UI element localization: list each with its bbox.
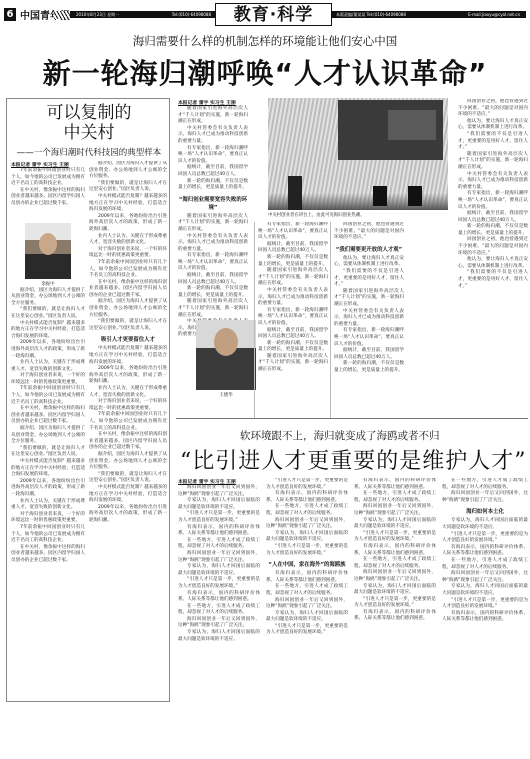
sidebar-title-line2: 中关村	[7, 123, 171, 143]
portrait-photo-2	[196, 320, 256, 390]
sidebar-col-2: 据介绍，园区为海归人才提供了从创业资金、办公场地到人才公寓的全方位服务。 “我们…	[89, 161, 167, 699]
chair-shape	[373, 186, 387, 206]
paragraph: 中关村管委会有关负责人表示，海归人才已成为推动科技创新的重要力量。	[178, 126, 248, 146]
paragraph: “引进人才只是第一步，更重要的是为人才创造良好的发展环境。”	[354, 597, 436, 610]
paragraph: 随着国家引进海外高层次人才“千人计划”的实施，新一轮海归潮正在形成。	[178, 299, 248, 319]
paragraph: “我们要做的，就是让海归人才在这里安心创业。”园区负责人说。	[11, 446, 85, 459]
paragraph: 在中关村，像余振中这样的海归创业者越来越多。园区内留学归国人员创办的企业已超过数…	[11, 545, 85, 565]
paragraph: 在中关村，像余振中这样的海归创业者越来越多。园区内留学归国人员创办的企业已超过数…	[89, 432, 167, 452]
lead-col-2: 有专家指出，新一轮海归潮呼唤一场“人才认识革命”，要真正认识人才的价值。 据统计…	[258, 222, 328, 418]
paragraph: 回国创业之初，他也曾遇到过不少困难。“最大的问题是对国内环境的不适应。”	[458, 99, 528, 119]
paragraph: 7年前余振中回国创业时只有几个人，如今他的公司已发展成为拥有近千名员工的高科技企…	[89, 412, 167, 432]
paragraph: 随着国家引进海外高层次人才“千人计划”的实施，新一轮海归潮正在形成。	[334, 289, 404, 309]
paragraph: 在一些地方，引进人才成了政绩工程，却忽视了对人才的后续服务。	[354, 491, 436, 504]
editor-line: Tel:(010)-64098088	[172, 11, 211, 18]
date: 2010年8月23日 星期一	[76, 12, 119, 17]
paragraph: 据介绍，园区为海归人才提供了从创业资金、办公场地到人才公寓的全方位服务。	[89, 161, 167, 181]
masthead: 6 中国青年报 2010年8月23日 星期一 Tel:(010)-6409808…	[0, 0, 530, 30]
lead-byline: 本报记者 雷宇 实习生 王丽	[178, 99, 248, 106]
paragraph: 中关村模式能否复制？越来越多的地方正在学习中关村经验，打造适合海归发展的环境。	[89, 194, 167, 214]
paragraph: 业内人士认为，关键在于形成尊重人才、宽容失败的创新文化。	[89, 386, 167, 399]
paragraph: 专家认为，海归人才回国后面临的最大问题是软环境的不适应。	[442, 584, 528, 597]
portrait-2-caption: 王德华	[196, 392, 256, 398]
paragraph: 据统计，截至目前，我国留学回国人员总数已超过40万人。	[178, 273, 248, 286]
lead-col-4: 回国创业之初，他也曾遇到过不少困难。“最大的问题是对国内环境的不适应。” 他认为…	[458, 99, 528, 409]
paragraph: 有海归表示，国内的科研评价体系、人际关系等都让他们感到困惑。	[178, 525, 260, 538]
paragraph: “引进人才只是第一步，更重要的是为人才创造良好的发展环境。”	[178, 511, 260, 524]
paragraph: 对于海归创业者来说，一个好的环境远比一时的优惠政策更重要。	[11, 512, 85, 525]
paragraph: 有海归表示，国内的科研评价体系、人际关系等都让他们感到困惑。	[442, 611, 528, 624]
second-col-1: 本报记者 雷宇 实习生 王丽 海归回国创业一年后又回到国外，这种“海鸥”现象引起…	[178, 478, 260, 756]
paragraph: 海归回国创业一年后又回到国外，这种“海鸥”现象引起了广泛关注。	[266, 598, 348, 611]
paragraph: 据介绍，园区为海归人才提供了从创业资金、办公场地到人才公寓的全方位服务。	[11, 288, 85, 308]
paragraph: 2009年以来，各地纷纷出台引进海外高层次人才的政策，形成了新一轮海归潮。	[89, 505, 167, 525]
contact: 本版责编/董某某 Tel:(010)-64098088	[336, 12, 406, 17]
paragraph: 7年前余振中回国创业时只有几个人，如今他的公司已发展成为拥有近千名员工的高科技企…	[11, 386, 85, 406]
paragraph: 中关村模式能否复制？越来越多的地方正在学习中关村经验，打造适合海归发展的环境。	[11, 321, 85, 341]
paragraph: 有专家指出，新一轮海归潮呼唤一场“人才认识革命”，要真正认识人才的价值。	[334, 328, 404, 348]
paragraph: 海归回国创业一年后又回到国外，这种“海鸥”现象引起了广泛关注。	[178, 617, 260, 630]
paragraph: 对于海归创业者来说，一个好的环境远比一时的优惠政策更重要。	[89, 399, 167, 412]
lead-photo	[268, 98, 448, 210]
date-bar: 2010年8月23日 星期一 Tel:(010)-64098088	[70, 11, 215, 18]
sidebar-subtitle: ——一个海归潮时代科技园的典型样本	[9, 146, 169, 158]
paragraph: 专家认为，海归人才回国后面临的最大问题是软环境的不适应。	[266, 531, 348, 544]
paragraph: “我们需要的不仅是引进人才，更重要的是用好人才、留住人才。”	[334, 269, 404, 289]
paragraph: 中关村模式能否复制？越来越多的地方正在学习中关村经验，打造适合海归发展的环境。	[89, 346, 167, 366]
paragraph: 2009年以来，各地纷纷出台引进海外高层次人才的政策，形成了新一轮海归潮。	[89, 366, 167, 386]
screen-content	[388, 110, 436, 140]
section-divider	[176, 418, 528, 419]
paragraph: 在中关村，像余振中这样的海归创业者越来越多。园区内留学归国人员创办的企业已超过数…	[89, 280, 167, 300]
paragraph: 业内人士认为，关键在于形成尊重人才、宽容失败的创新文化。	[11, 499, 85, 512]
paragraph: “我们要做的，就是让海归人才在这里安心创业。”园区负责人说。	[89, 472, 167, 485]
paragraph: 他认为，要让海归人才真正安心，需要从体制机制上进行改革。	[458, 257, 528, 270]
paragraph: 新一轮的海归潮，不仅仅是数量上的增长，更是质量上的提升。	[458, 224, 528, 237]
paragraph: 专家认为，海归人才回国后面临的最大问题是软环境的不适应。	[442, 518, 528, 531]
paragraph: 有海归表示，国内的科研评价体系、人际关系等都让他们感到困惑。	[354, 610, 436, 623]
second-headline: “比引进人才更重要的是维护人才”	[180, 444, 527, 475]
paragraph: 海归回国创业一年后又回到国外，这种“海鸥”现象引起了广泛关注。	[266, 518, 348, 531]
paragraph: 有专家指出，新一轮海归潮呼唤一场“人才认识革命”，要真正认识人才的价值。	[178, 146, 248, 166]
subhead: 吸引人才更要留住人才	[89, 335, 167, 343]
paragraph: 在一些地方，引进人才成了政绩工程，却忽视了对人才的后续服务。	[442, 558, 528, 571]
paragraph: 有专家指出，新一轮海归潮呼唤一场“人才认识革命”，要真正认识人才的价值。	[458, 191, 528, 211]
paragraph: 对于海归创业者来说，一个好的环境远比一时的优惠政策更重要。	[11, 373, 85, 386]
paragraph: 业内人士认为，关键在于形成尊重人才、宽容失败的创新文化。	[89, 234, 167, 247]
second-col-4: 在一些地方，引进人才成了政绩工程，却忽视了对人才的后续服务。 海归回国创业一年后…	[442, 478, 528, 756]
section-title: 教育·科学	[215, 3, 332, 26]
paragraph: 有海归表示，国内的科研评价体系、人际关系等都让他们感到困惑。	[266, 571, 348, 584]
paragraph: 有海归表示，国内的科研评价体系、人际关系等都让他们感到困惑。	[178, 591, 260, 604]
paragraph: 海归回国创业一年后又回到国外，这种“海鸥”现象引起了广泛关注。	[442, 571, 528, 584]
paragraph: “引进人才只是第一步，更重要的是为人才创造良好的发展环境。”	[266, 478, 348, 491]
lead-photo-caption: 中关村创业者在讲台上，由此可见海归创业热潮。	[268, 212, 448, 218]
paragraph: “引进人才只是第一步，更重要的是为人才创造良好的发展环境。”	[442, 598, 528, 611]
paragraph: “引进人才只是第一步，更重要的是为人才创造良好的发展环境。”	[354, 531, 436, 544]
paragraph: 海归回国创业一年后又回到国外，这种“海鸥”现象引起了广泛关注。	[442, 491, 528, 504]
paragraph: 在中关村，像余振中这样的海归创业者越来越多。园区内留学归国人员创办的企业已超过数…	[11, 406, 85, 426]
second-col-2: “引进人才只是第一步，更重要的是为人才创造良好的发展环境。” 有海归表示，国内的…	[266, 478, 348, 756]
paragraph: 在一些地方，引进人才成了政绩工程，却忽视了对人才的后续服务。	[178, 604, 260, 617]
paragraph: 2009年以来，各地纷纷出台引进海外高层次人才的政策，形成了新一轮海归潮。	[89, 214, 167, 234]
paragraph: 中关村模式能否复制？越来越多的地方正在学习中关村经验，打造适合海归发展的环境。	[89, 485, 167, 505]
paragraph: 专家认为，海归人才回国后面临的最大问题是软环境的不适应。	[178, 498, 260, 511]
paragraph: 中关村模式能否复制？越来越多的地方正在学习中关村经验，打造适合海归发展的环境。	[11, 459, 85, 479]
paragraph: 新一轮的海归潮，不仅仅是数量上的增长，更是质量上的提升。	[258, 255, 328, 268]
projection-screen	[338, 100, 443, 160]
page-number: 6	[4, 8, 16, 21]
sidebar-byline: 本报记者 雷宇 实习生 王丽	[11, 161, 85, 168]
column-divider	[254, 222, 255, 418]
paragraph: 新一轮的海归潮，不仅仅是数量上的增长，更是质量上的提升。	[178, 179, 248, 192]
hatch-decoration	[54, 11, 70, 19]
paragraph: “我们要做的，就是让海归人才在这里安心创业。”园区负责人说。	[89, 319, 167, 332]
paragraph: 随着国家引进海外高层次人才“千人计划”的实施，新一轮海归潮正在形成。	[178, 106, 248, 126]
paragraph: 海归回国创业一年后又回到国外，这种“海鸥”现象引起了广泛关注。	[354, 504, 436, 517]
subhead: “海归创业需要宽容失败的环境”	[178, 195, 248, 211]
paragraph: 业内人士认为，关键在于形成尊重人才、宽容失败的创新文化。	[11, 360, 85, 373]
paragraph: 有海归表示，国内的科研评价体系、人际关系等都让他们感到困惑。	[442, 545, 528, 558]
face-shape	[214, 328, 238, 356]
sidebar-title-line1: 可以复制的	[7, 103, 171, 123]
paragraph: “我们需要的不仅是引进人才，更重要的是用好人才、留住人才。”	[458, 270, 528, 290]
paragraph: 在一些地方，引进人才成了政绩工程，却忽视了对人才的后续服务。	[354, 557, 436, 570]
paragraph: 中关村管委会有关负责人表示，海归人才已成为推动科技创新的重要力量。	[178, 234, 248, 254]
sidebar-title: 可以复制的 中关村	[7, 103, 171, 143]
paragraph: 据介绍，园区为海归人才提供了从创业资金、办公场地到人才公寓的全方位服务。	[89, 299, 167, 319]
second-col-3: 有海归表示，国内的科研评价体系、人际关系等都让他们感到困惑。 在一些地方，引进人…	[354, 478, 436, 756]
contact-bar: 本版责编/董某某 Tel:(010)-64098088 E-mail:jiaoy…	[332, 11, 526, 18]
paragraph: 回国创业之初，他也曾遇到过不少困难。“最大的问题是对国内环境的不适应。”	[458, 237, 528, 257]
portrait-photo	[25, 223, 71, 279]
paragraph: “引进人才只是第一步，更重要的是为人才创造良好的发展环境。”	[266, 624, 348, 637]
paragraph: 回国创业之初，他也曾遇到过不少困难。“最大的问题是对国内环境的不适应。”	[334, 222, 404, 242]
second-byline: 本报记者 雷宇 实习生 王丽	[178, 478, 260, 485]
paragraph: 随着国家引进海外高层次人才“千人计划”的实施，新一轮海归潮正在形成。	[258, 354, 328, 374]
paragraph: 有专家指出，新一轮海归潮呼唤一场“人才认识革命”，要真正认识人才的价值。	[258, 308, 328, 328]
paragraph: 海归回国创业一年后又回到国外，这种“海鸥”现象引起了广泛关注。	[178, 485, 260, 498]
paragraph: 专家认为，海归人才回国后面临的最大问题是软环境的不适应。	[354, 518, 436, 531]
paragraph: “引进人才只是第一步，更重要的是为人才创造良好的发展环境。”	[266, 544, 348, 557]
paragraph: 7年前余振中回国创业时只有几个人，如今他的公司已发展成为拥有近千名员工的高科技企…	[89, 260, 167, 280]
paragraph: 据统计，截至目前，我国留学回国人员总数已超过40万人。	[334, 348, 404, 361]
paragraph: 据统计，截至目前，我国留学回国人员总数已超过40万人。	[258, 242, 328, 255]
email: E-mail:jiaoyu@cyol.net.cn	[468, 11, 520, 18]
paragraph: 7年前余振中回国创业时只有几个人，如今他的公司已发展成为拥有近千名员工的高科技企…	[11, 168, 85, 188]
paragraph: 海归回国创业一年后又回到国外，这种“海鸥”现象引起了广泛关注。	[354, 570, 436, 583]
paragraph: 专家认为，海归人才回国后面临的最大问题是软环境的不适应。	[178, 630, 260, 643]
paragraph: 随着国家引进海外高层次人才“千人计划”的实施，新一轮海归潮正在形成。	[258, 268, 328, 288]
sidebar-story: 可以复制的 中关村 ——一个海归潮时代科技园的典型样本 本报记者 雷宇 实习生 …	[6, 98, 170, 702]
paragraph: “我们需要的不仅是引进人才，更重要的是用好人才、留住人才。”	[458, 132, 528, 152]
paragraph: 据介绍，园区为海归人才提供了从创业资金、办公场地到人才公寓的全方位服务。	[11, 426, 85, 446]
paragraph: 据统计，截至目前，我国留学回国人员总数已超过40万人。	[178, 165, 248, 178]
paragraph: 在一些地方，引进人才成了政绩工程，却忽视了对人才的后续服务。	[178, 538, 260, 551]
paragraph: 专家认为，海归人才回国后面临的最大问题是软环境的不适应。	[266, 611, 348, 624]
paragraph: 随着国家引进海外高层次人才“千人计划”的实施，新一轮海归潮正在形成。	[458, 152, 528, 172]
portrait-caption: 余振中	[25, 281, 71, 287]
paragraph: 海归回国创业一年后又回到国外，这种“海鸥”现象引起了广泛关注。	[178, 551, 260, 564]
paragraph: 在一些地方，引进人才成了政绩工程，却忽视了对人才的后续服务。	[266, 584, 348, 597]
subhead: 海归如何本土化	[442, 507, 528, 515]
paragraph: 在中关村，像余振中这样的海归创业者越来越多。园区内留学归国人员创办的企业已超过数…	[11, 188, 85, 208]
paragraph: 7年前余振中回国创业时只有几个人，如今他的公司已发展成为拥有近千名员工的高科技企…	[11, 525, 85, 545]
column-divider	[330, 222, 331, 418]
paragraph: “我们要做的，就是让海归人才在这里安心创业。”园区负责人说。	[11, 307, 85, 320]
paragraph: 2009年以来，各地纷纷出台引进海外高层次人才的政策，形成了新一轮海归潮。	[11, 340, 85, 360]
paragraph: 随着国家引进海外高层次人才“千人计划”的实施，新一轮海归潮正在形成。	[178, 214, 248, 234]
paragraph: 在一些地方，引进人才成了政绩工程，却忽视了对人才的后续服务。	[442, 478, 528, 491]
paragraph: 中关村管委会有关负责人表示，海归人才已成为推动科技创新的重要力量。	[458, 172, 528, 192]
lead-headline: 新一轮海归潮呼唤“人才认识革命”	[0, 52, 530, 92]
chair-shape	[408, 186, 422, 206]
second-kicker: 软环境跟不上，海归就变成了海鸥或者不归	[240, 428, 440, 443]
paragraph: 据统计，截至目前，我国留学回国人员总数已超过40万人。	[458, 211, 528, 224]
lead-col-3: 回国创业之初，他也曾遇到过不少困难。“最大的问题是对国内环境的不适应。” “我们…	[334, 222, 404, 418]
paragraph: 对于海归创业者来说，一个好的环境远比一时的优惠政策更重要。	[89, 247, 167, 260]
paragraph: 有海归表示，国内的科研评价体系、人际关系等都让他们感到困惑。	[354, 478, 436, 491]
paragraph: 有专家指出，新一轮海归潮呼唤一场“人才认识革命”，要真正认识人才的价值。	[178, 253, 248, 273]
subhead: “人在中国，家在海外”的海鸥族	[266, 560, 348, 568]
paragraph: 有海归表示，国内的科研评价体系、人际关系等都让他们感到困惑。	[266, 491, 348, 504]
paragraph: 中关村管委会有关负责人表示，海归人才已成为推动科技创新的重要力量。	[334, 309, 404, 329]
paragraph: 据介绍，园区为海归人才提供了从创业资金、办公场地到人才公寓的全方位服务。	[89, 452, 167, 472]
speaker-figure	[288, 176, 302, 210]
paragraph: “引进人才只是第一步，更重要的是为人才创造良好的发展环境。”	[442, 532, 528, 545]
paragraph: 他认为，要让海归人才真正安心，需要从体制机制上进行改革。	[334, 256, 404, 269]
paragraph: “我们要做的，就是让海归人才在这里安心创业。”园区负责人说。	[89, 181, 167, 194]
paragraph: 专家认为，海归人才回国后面临的最大问题是软环境的不适应。	[178, 564, 260, 577]
paragraph: 在一些地方，引进人才成了政绩工程，却忽视了对人才的后续服务。	[266, 504, 348, 517]
paragraph: 2009年以来，各地纷纷出台引进海外高层次人才的政策，形成了新一轮海归潮。	[11, 479, 85, 499]
face-shape	[39, 233, 57, 255]
paragraph: 有专家指出，新一轮海归潮呼唤一场“人才认识革命”，要真正认识人才的价值。	[258, 222, 328, 242]
paragraph: 中关村管委会有关负责人表示，海归人才已成为推动科技创新的重要力量。	[258, 288, 328, 308]
paragraph: 专家认为，海归人才回国后面临的最大问题是软环境的不适应。	[354, 584, 436, 597]
paragraph: 据统计，截至目前，我国留学回国人员总数已超过40万人。	[258, 328, 328, 341]
paragraph: “引进人才只是第一步，更重要的是为人才创造良好的发展环境。”	[178, 577, 260, 590]
paragraph: 新一轮的海归潮，不仅仅是数量上的增长，更是质量上的提升。	[258, 341, 328, 354]
paragraph: 新一轮的海归潮，不仅仅是数量上的增长，更是质量上的提升。	[334, 361, 404, 374]
subhead: “我们需要更开放的人才观”	[334, 245, 404, 253]
paragraph: 新一轮的海归潮，不仅仅是数量上的增长，更是质量上的提升。	[178, 286, 248, 299]
paragraph: 他认为，要让海归人才真正安心，需要从体制机制上进行改革。	[458, 119, 528, 132]
paragraph: 有海归表示，国内的科研评价体系、人际关系等都让他们感到困惑。	[354, 544, 436, 557]
lead-kicker: 海归需要什么样的机制怎样的环境能让他们安心中国	[0, 33, 530, 49]
